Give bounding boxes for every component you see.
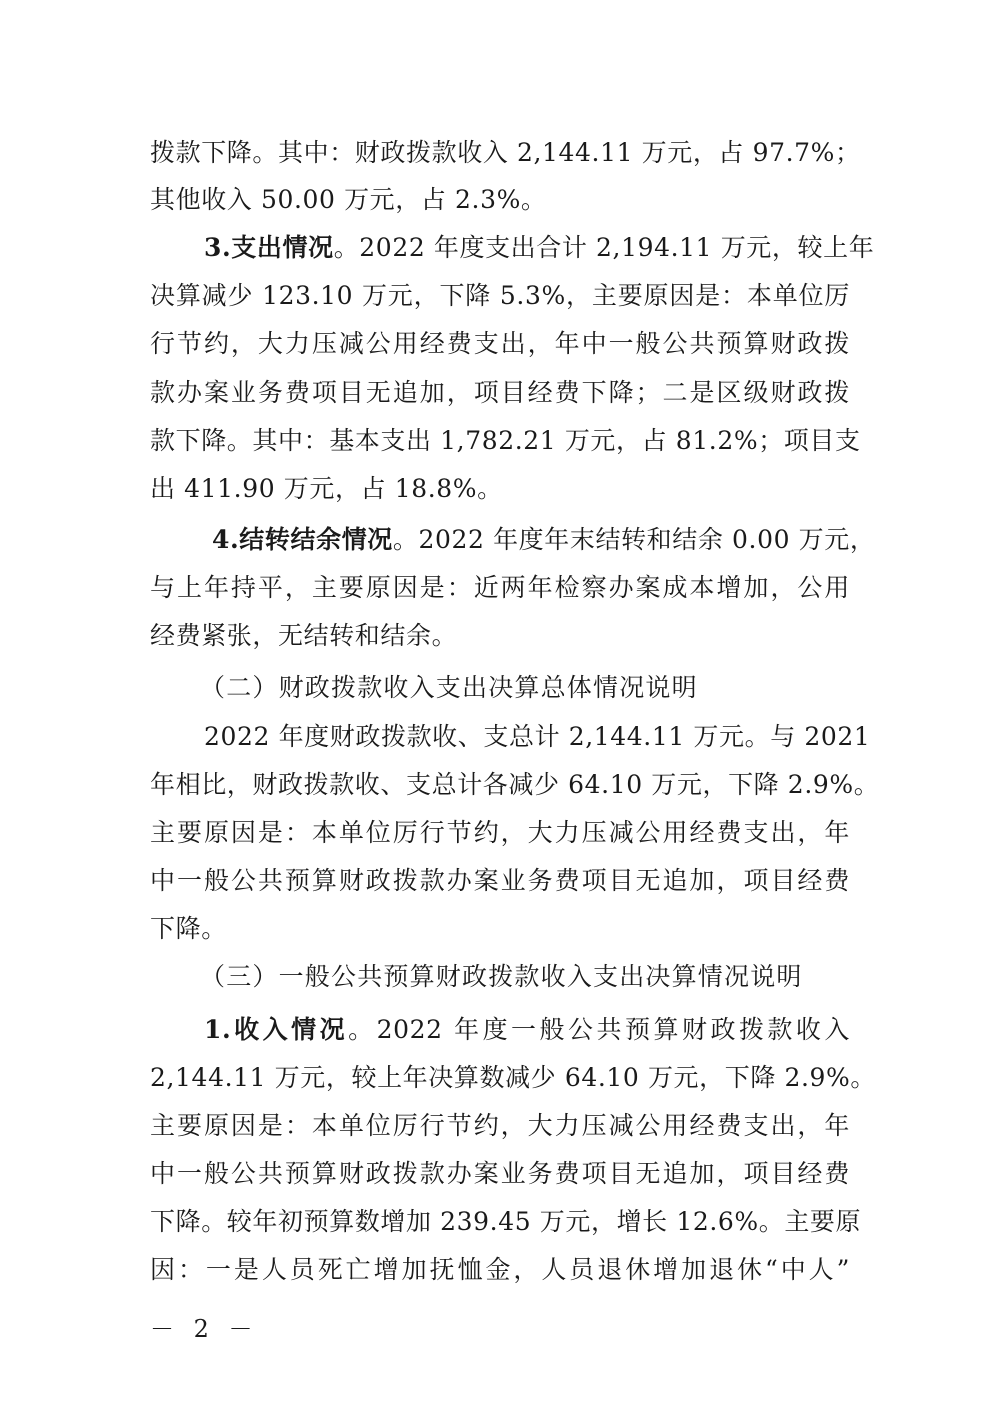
paragraph-line: 下降。 bbox=[150, 914, 850, 944]
paragraph-line: 出 411.90 万元，占 18.8%。 bbox=[150, 474, 850, 504]
paragraph-line: 主要原因是：本单位厉行节约，大力压减公用经费支出，年 bbox=[150, 818, 850, 848]
line-text: 下降。较年初预算数增加 239.45 万元，增长 12.6%。主要原 bbox=[150, 1207, 861, 1236]
line-text: 年相比，财政拨款收、支总计各减少 64.10 万元，下降 2.9%。 bbox=[150, 770, 879, 799]
line-text: 主要原因是：本单位厉行节约，大力压减公用经费支出，年 bbox=[150, 1111, 850, 1140]
paragraph-line: 主要原因是：本单位厉行节约，大力压减公用经费支出，年 bbox=[150, 1111, 850, 1141]
line-text: 。2022 年度支出合计 2,194.11 万元，较上年 bbox=[334, 233, 875, 262]
line-text: 。2022 年度年末结转和结余 0.00 万元， bbox=[393, 525, 876, 554]
paragraph-line: 其他收入 50.00 万元，占 2.3%。 bbox=[150, 185, 850, 215]
line-text: 与上年持平，主要原因是：近两年检察办案成本增加，公用 bbox=[150, 573, 850, 602]
heading-text: （三）一般公共预算财政拨款收入支出决算情况说明 bbox=[200, 962, 803, 991]
subheading-bold: 1.收入情况 bbox=[204, 1015, 348, 1044]
line-text: 。2022 年度一般公共预算财政拨款收入 bbox=[348, 1015, 850, 1044]
heading-text: （二）财政拨款收入支出决算总体情况说明 bbox=[200, 673, 698, 702]
paragraph-line: 决算减少 123.10 万元，下降 5.3%，主要原因是：本单位厉 bbox=[150, 281, 850, 311]
paragraph-line: 经费紧张，无结转和结余。 bbox=[150, 621, 850, 651]
section-heading-carryover: 4.结转结余情况。2022 年度年末结转和结余 0.00 万元， bbox=[212, 525, 850, 555]
line-text: 2022 年度财政拨款收、支总计 2,144.11 万元。与 2021 bbox=[204, 722, 870, 751]
paragraph-line: 因：一是人员死亡增加抚恤金，人员退休增加退休“中人” bbox=[150, 1255, 850, 1285]
document-page: 拨款下降。其中：财政拨款收入 2,144.11 万元，占 97.7%； 其他收入… bbox=[0, 0, 1000, 1414]
section-heading-expenditure: 3.支出情况。2022 年度支出合计 2,194.11 万元，较上年 bbox=[204, 233, 850, 263]
line-text: 主要原因是：本单位厉行节约，大力压减公用经费支出，年 bbox=[150, 818, 850, 847]
paragraph-line: 中一般公共预算财政拨款办案业务费项目无追加，项目经费 bbox=[150, 1159, 850, 1189]
line-text: 因：一是人员死亡增加抚恤金，人员退休增加退休“中人” bbox=[150, 1255, 850, 1284]
paragraph-line: 行节约，大力压减公用经费支出，年中一般公共预算财政拨 bbox=[150, 329, 850, 359]
paragraph-line: 拨款下降。其中：财政拨款收入 2,144.11 万元，占 97.7%； bbox=[150, 138, 850, 168]
subheading-bold: 3.支出情况 bbox=[204, 233, 334, 262]
page-number: － 2 － bbox=[150, 1314, 259, 1344]
line-text: 下降。 bbox=[150, 914, 227, 943]
paragraph-line: 下降。较年初预算数增加 239.45 万元，增长 12.6%。主要原 bbox=[150, 1207, 850, 1237]
paragraph-line: 年相比，财政拨款收、支总计各减少 64.10 万元，下降 2.9%。 bbox=[150, 770, 850, 800]
paragraph-line: 款办案业务费项目无追加，项目经费下降；二是区级财政拨 bbox=[150, 378, 850, 408]
paragraph-line: 与上年持平，主要原因是：近两年检察办案成本增加，公用 bbox=[150, 573, 850, 603]
section-heading-income: 1.收入情况。2022 年度一般公共预算财政拨款收入 bbox=[204, 1015, 850, 1045]
line-text: 其他收入 50.00 万元，占 2.3%。 bbox=[150, 185, 547, 214]
paragraph-line: 款下降。其中：基本支出 1,782.21 万元，占 81.2%；项目支 bbox=[150, 426, 850, 456]
line-text: 经费紧张，无结转和结余。 bbox=[150, 621, 457, 650]
line-text: 2,144.11 万元，较上年决算数减少 64.10 万元，下降 2.9%。 bbox=[150, 1063, 876, 1092]
section-heading-general-budget: （三）一般公共预算财政拨款收入支出决算情况说明 bbox=[200, 962, 900, 992]
line-text: 中一般公共预算财政拨款办案业务费项目无追加，项目经费 bbox=[150, 866, 850, 895]
paragraph-line: 2,144.11 万元，较上年决算数减少 64.10 万元，下降 2.9%。 bbox=[150, 1063, 850, 1093]
section-heading-fiscal-overview: （二）财政拨款收入支出决算总体情况说明 bbox=[200, 673, 900, 703]
paragraph-line: 2022 年度财政拨款收、支总计 2,144.11 万元。与 2021 bbox=[204, 722, 850, 752]
line-text: 决算减少 123.10 万元，下降 5.3%，主要原因是：本单位厉 bbox=[150, 281, 850, 310]
line-text: 款办案业务费项目无追加，项目经费下降；二是区级财政拨 bbox=[150, 378, 850, 407]
line-text: 拨款下降。其中：财政拨款收入 2,144.11 万元，占 97.7%； bbox=[150, 138, 861, 167]
subheading-bold: 4.结转结余情况 bbox=[212, 525, 393, 554]
line-text: 行节约，大力压减公用经费支出，年中一般公共预算财政拨 bbox=[150, 329, 850, 358]
line-text: 款下降。其中：基本支出 1,782.21 万元，占 81.2%；项目支 bbox=[150, 426, 861, 455]
paragraph-line: 中一般公共预算财政拨款办案业务费项目无追加，项目经费 bbox=[150, 866, 850, 896]
line-text: 中一般公共预算财政拨款办案业务费项目无追加，项目经费 bbox=[150, 1159, 850, 1188]
line-text: 出 411.90 万元，占 18.8%。 bbox=[150, 474, 503, 503]
